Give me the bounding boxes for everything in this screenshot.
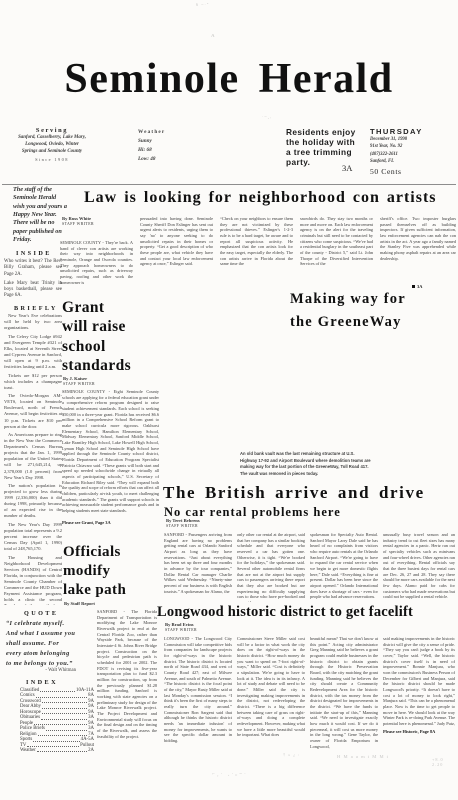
leader-dots — [36, 697, 87, 698]
byline-grant: By J. Kaiser STAFF WRITER — [63, 376, 95, 387]
article-column: unusually busy travel season and an indu… — [383, 532, 455, 602]
article-body-lake-path: SANFORD - The Florida Department of Tran… — [97, 609, 157, 791]
quote-heading: QUOTE — [24, 610, 58, 617]
briefly-heading: BRIEFLY — [14, 305, 58, 312]
article-column: spokesman for Specialty Auto Rental. San… — [310, 532, 378, 602]
article-column: SEMINOLE COUNTY - They're back. A band o… — [60, 240, 133, 292]
article-column: sheriff's office. Two imposter burglars … — [380, 216, 456, 292]
byline-name: By Brad Evins — [165, 622, 197, 628]
byline-lake-path: By Staff Report — [64, 601, 95, 607]
index-label: Weather — [20, 748, 36, 753]
serving-label: Serving — [18, 127, 86, 134]
issue-info-block: THURSDAY December 31, 1998 91st Year, No… — [370, 127, 456, 176]
header-divider — [2, 184, 456, 185]
inside-heading: INSIDE — [16, 250, 52, 257]
article-column: snowbirds do. They stay two months or mo… — [300, 216, 373, 292]
headline-line: will raise — [62, 317, 162, 336]
inside-item: Who writes it best? The Rev. Billy Graha… — [4, 259, 62, 278]
masthead-title: Seminole Herald — [0, 55, 458, 103]
byline-role: STAFF WRITER — [166, 524, 200, 529]
serving-since: Since 1908 — [18, 157, 86, 162]
article-column: Commissioner Steve Miller said cost will… — [237, 636, 305, 793]
headline-line: lake path — [63, 581, 159, 600]
byline-role: STAFF WRITER — [62, 222, 94, 227]
byline-name: By Staff Report — [64, 601, 95, 607]
quote-text: “I celebrate myself. And what I assume y… — [6, 619, 76, 669]
leader-dots — [34, 724, 87, 725]
headline-line: Officials — [63, 543, 159, 562]
briefly-item: As Americans prepare to ring in the New … — [4, 432, 62, 481]
serving-towns: Sanford, Casselberry, Lake Mary, Longwoo… — [18, 134, 86, 155]
jump-ref-grant: Please see Grant, Page 3A — [62, 520, 111, 525]
serving-block: Serving Sanford, Casselberry, Lake Mary,… — [18, 127, 86, 162]
briefly-item: The nation's population is projected to … — [4, 483, 62, 519]
teaser-page-ref: 3A — [342, 163, 352, 173]
byline-name: By Terri Behrens — [166, 518, 200, 524]
leader-dots — [33, 741, 79, 742]
article-column: “Check on your neighbors to ensure them … — [220, 216, 293, 292]
leader-dots — [27, 746, 79, 747]
leader-dots — [46, 730, 87, 731]
leader-dots — [42, 702, 87, 703]
article-column: LONGWOOD - The Longwood City Commission … — [164, 636, 232, 793]
scan-artifact: H M a a m i M M i — [337, 754, 389, 759]
briefly-item: The Celery City Lodge #942 and Evergreen… — [4, 334, 62, 370]
index-page: 2A — [88, 748, 94, 753]
briefly-item: New Year's Eve celebrations will be held… — [4, 313, 62, 331]
headline-line: Making way for — [290, 288, 458, 311]
briefly-item: The Oviedo-Morgan AM-VETS, located on Se… — [4, 393, 62, 429]
scan-artifact: ·~¸‚ — [262, 114, 272, 119]
scan-artifact: 6 ~·″ — [196, 2, 210, 7]
issue-edition: 91st Year, No. 92 — [370, 143, 456, 150]
article-column: persuaded into having done. Seminole Cou… — [140, 216, 213, 292]
byline-longwood: By Brad Evins STAFF WRITER — [165, 622, 197, 633]
scan-artifact: † » ¿ : — [283, 752, 300, 757]
inside-item: Lake Mary beat Trinity in boys basketbal… — [4, 281, 62, 300]
briefly-item: Tickets are $12 per person which include… — [4, 373, 62, 391]
byline-con-artists: By Russ White STAFF WRITER — [62, 216, 94, 227]
leader-dots — [42, 713, 87, 714]
headline-lake-path: Officials modify lake path — [63, 543, 159, 600]
weather-hi: Hi: 68 — [138, 146, 198, 155]
headline-grant: Grant will raise school standards — [62, 298, 162, 376]
headline-british: The British arrive and drive — [163, 483, 458, 503]
scan-artifact: +8.0 2.20 — [432, 757, 456, 768]
issue-phone: (407)322-2611 — [370, 151, 456, 158]
leader-dots — [42, 708, 87, 709]
issue-price: 50 Cents — [370, 167, 456, 176]
headline-greeneway: Making way for the GreeneWay — [290, 288, 458, 334]
headline-line: Grant — [62, 298, 162, 317]
briefly-item: The Housing and Neighborhood Development… — [4, 555, 62, 605]
quote-attribution: - Walt Whitman — [6, 668, 76, 673]
holiday-notice: The staff of the Seminole Herald wish yo… — [13, 186, 68, 245]
issue-date: December 31, 1998 — [370, 136, 456, 143]
weather-label: Weather — [138, 128, 198, 137]
briefly-item: The New Year's Day 1999 population total… — [4, 522, 62, 552]
index-row: Weather2A — [20, 748, 94, 753]
headline-longwood: Longwood historic district to get faceli… — [157, 604, 457, 621]
index-list: Classified10A-11A Comics8A Crossword9A D… — [20, 688, 94, 753]
newspaper-front-page: 6 ~·″ A ·~¸‚ Seminole Herald Serving San… — [0, 0, 458, 800]
leader-dots — [37, 751, 87, 752]
weather-condition: Sunny — [138, 137, 198, 146]
byline-role: STAFF WRITER — [165, 628, 197, 633]
inside-items: Who writes it best? The Rev. Billy Graha… — [4, 259, 62, 302]
headline-line: modify — [63, 562, 159, 581]
article-column: only other car rental at the airport, sa… — [237, 532, 305, 602]
article-column: said making improvements in the historic… — [383, 636, 455, 726]
scan-artifact: ⌐¸·¨˛·„~· — [212, 772, 248, 777]
article-column: beautiful mean? That we don't know at th… — [310, 636, 378, 793]
photo-caption: An old bank vault was the last remaining… — [240, 451, 372, 478]
headline-line: the GreeneWay — [290, 311, 458, 334]
article-column: SANFORD - Passengers arriving from Engla… — [164, 532, 232, 602]
leader-dots — [38, 735, 88, 736]
leader-dots — [40, 691, 75, 692]
index-heading: INDEX — [26, 679, 58, 686]
weather-block: Weather Sunny Hi: 68 Low: 48 — [138, 128, 198, 163]
byline-british: By Terri Behrens STAFF WRITER — [166, 518, 200, 529]
weather-low: Low: 48 — [138, 155, 198, 164]
headline-con-artists: Law is looking for neighborhood con arti… — [84, 189, 458, 207]
headline-line: school — [62, 337, 162, 356]
article-body-grant: SEMINOLE COUNTY - Eight Seminole County … — [62, 389, 159, 517]
jump-ref-longwood: Please see Historic, Page 8A — [383, 729, 455, 734]
briefly-items: New Year's Eve celebrations will be held… — [4, 313, 62, 605]
issue-city: Sanford, FL — [370, 158, 456, 165]
byline-role: STAFF WRITER — [63, 382, 95, 387]
byline-name: By Russ White — [62, 216, 94, 222]
headline-line: standards — [62, 356, 162, 375]
scan-artifact: A — [211, 34, 216, 39]
issue-day: THURSDAY — [370, 127, 456, 136]
front-teaser: Residents enjoy the holiday with a tree … — [286, 127, 362, 167]
subhead-british: No car rental problems here — [164, 505, 404, 520]
leader-dots — [41, 719, 87, 720]
